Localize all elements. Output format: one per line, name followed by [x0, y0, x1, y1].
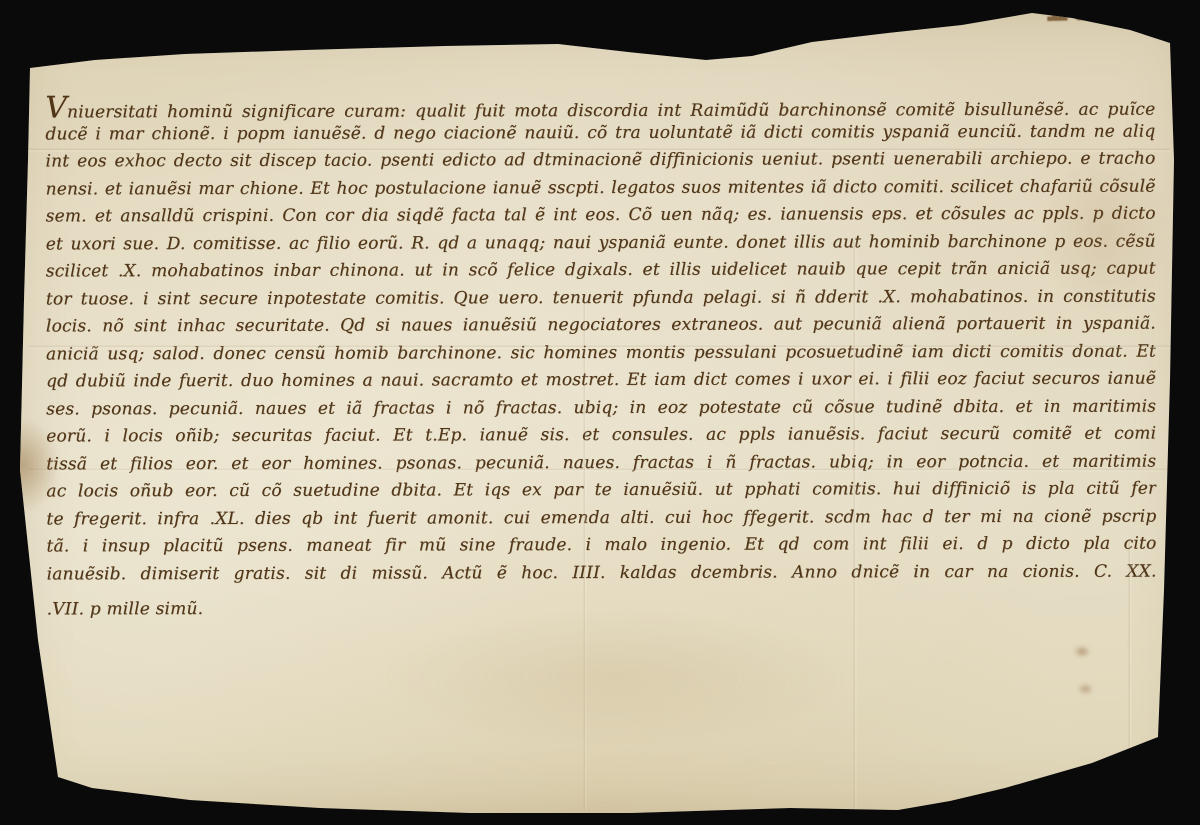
parchment-charter: ABUDE T SM NOI9 RPEVX h Vniuersitati hom…	[0, 0, 1200, 825]
edge-vignette	[0, 0, 1200, 825]
photo-backdrop: ABUDE T SM NOI9 RPEVX h Vniuersitati hom…	[0, 0, 1200, 825]
